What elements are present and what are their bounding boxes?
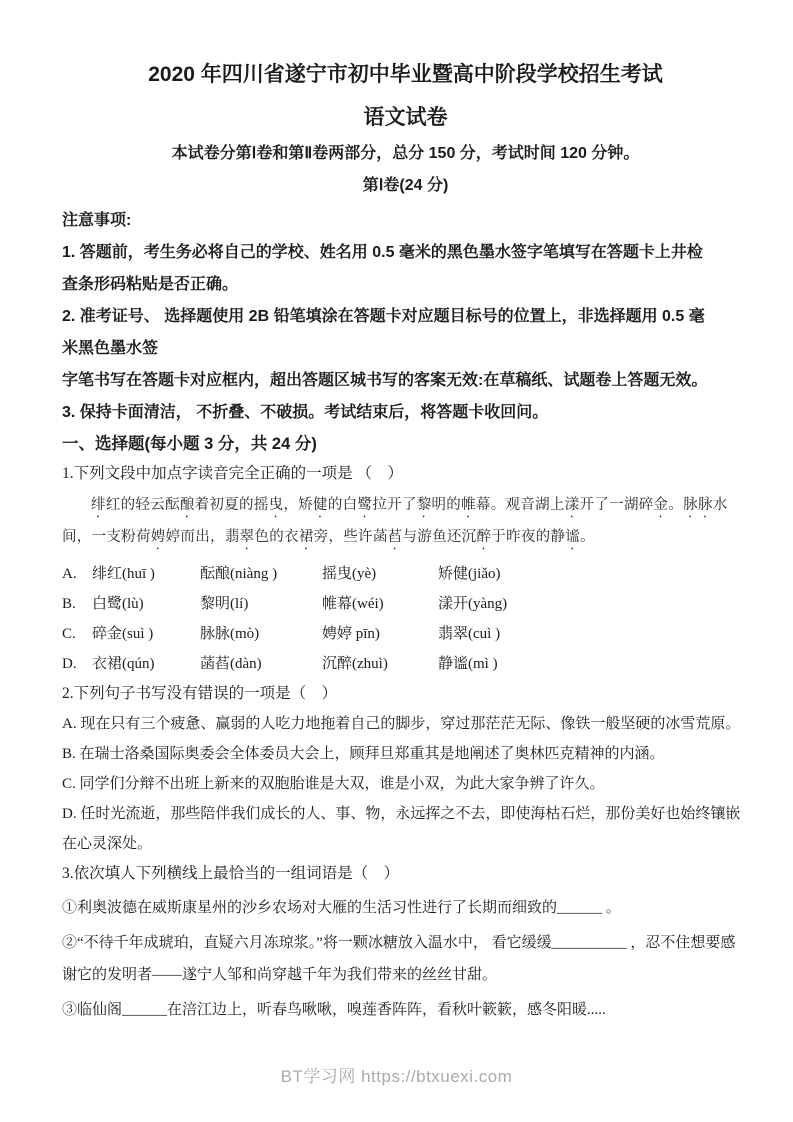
option-item: 矫健(jiǎo) xyxy=(438,559,500,589)
option-text: 任时光流逝，那些陪伴我们成长的人、事、物，永远挥之不去，即使海枯石烂，那份美好也… xyxy=(62,806,740,852)
option-item: 绯红(huī ) xyxy=(92,559,200,589)
item-number: ② xyxy=(62,935,77,951)
option-item: 帷幕(wéi) xyxy=(322,589,438,619)
q3-item-2: ②“不待千年成琥珀，直疑六月冻琼浆。”将一颗冰糖放入温水中， 看它缓缓_____… xyxy=(62,927,749,991)
item-number: ① xyxy=(62,900,77,916)
option-label: A. xyxy=(62,559,92,589)
q1-option-d: D. 衣裙(qún) 菡萏(dàn) 沉醉(zhuì) 静谧(mì ) xyxy=(62,649,749,679)
q2-option-a: A. 现在只有三个疲惫、赢弱的人吃力地拖着自己的脚步，穿过那茫茫无际、像铁一般坚… xyxy=(62,709,749,739)
notice-line: 查条形码粘贴是否正确。 xyxy=(62,269,749,301)
option-label: A. xyxy=(62,716,77,732)
option-item: 漾开(yàng) xyxy=(438,589,507,619)
option-item: 娉婷 pīn) xyxy=(322,619,438,649)
q2-option-c: C. 同学们分辩不出班上新来的双胞胎谁是大双，谁是小双，为此大家争辨了许久。 xyxy=(62,769,749,799)
option-label: B. xyxy=(62,589,92,619)
q1-prompt: 1.下列文段中加点字读音完全正确的一项是 （ ） xyxy=(62,459,749,489)
exam-info: 本试卷分第Ⅰ卷和第Ⅱ卷两部分，总分 150 分，考试时间 120 分钟。 xyxy=(62,140,749,163)
option-item: 衣裙(qún) xyxy=(92,649,200,679)
option-label: D. xyxy=(62,649,92,679)
q1-option-c: C. 碎金(suì ) 脉脉(mò) 娉婷 pīn) 翡翠(cuì ) xyxy=(62,619,749,649)
notice-line: 米黑色墨水签 xyxy=(62,333,749,365)
item-number: ③ xyxy=(62,1002,77,1018)
option-item: 酝酿(niàng ) xyxy=(200,559,322,589)
notice-line: 3. 保持卡面清洁， 不折叠、不破损。考试结束后，将答题卡收回问。 xyxy=(62,397,749,429)
option-text: 现在只有三个疲惫、赢弱的人吃力地拖着自己的脚步，穿过那茫茫无际、像铁一般坚硬的冰… xyxy=(80,716,740,732)
option-text: 在瑞士洛桑国际奥委会全体委员大会上，顾拜旦郑重其是地阐述了奥林匹克精神的内涵。 xyxy=(80,746,665,762)
option-item: 摇曳(yè) xyxy=(322,559,438,589)
q1-option-b: B. 白鹭(lù) 黎明(lí) 帷幕(wéi) 漾开(yàng) xyxy=(62,589,749,619)
section-header: 第Ⅰ卷(24 分) xyxy=(62,172,749,195)
page-subtitle: 语文试卷 xyxy=(62,101,749,131)
q2-option-b: B. 在瑞士洛桑国际奥委会全体委员大会上，顾拜旦郑重其是地阐述了奥林匹克精神的内… xyxy=(62,739,749,769)
q3-prompt: 3.依次填人下列横线上最恰当的一组词语是（ ） xyxy=(62,859,749,889)
option-label: C. xyxy=(62,619,92,649)
question-2: 2.下列句子书写没有错误的一项是（ ） A. 现在只有三个疲惫、赢弱的人吃力地拖… xyxy=(62,679,749,859)
option-item: 菡萏(dàn) xyxy=(200,649,322,679)
q3-item-3: ③临仙阁______在涪江边上，听春鸟啾啾，嗅莲香阵阵，看秋叶簌簌，感冬阳暖..… xyxy=(62,994,749,1026)
item-text: 临仙阁______在涪江边上，听春鸟啾啾，嗅莲香阵阵，看秋叶簌簌，感冬阳暖...… xyxy=(77,1002,606,1018)
option-label: D. xyxy=(62,806,77,822)
q1-options: A. 绯红(huī ) 酝酿(niàng ) 摇曳(yè) 矫健(jiǎo) B… xyxy=(62,559,749,679)
notice-line: 字笔书写在答题卡对应框内，超出答题区城书写的客案无效:在草稿纸、试题卷上答题无效… xyxy=(62,365,749,397)
option-text: 同学们分辩不出班上新来的双胞胎谁是大双，谁是小双，为此大家争辨了许久。 xyxy=(80,776,605,792)
q2-option-d: D. 任时光流逝，那些陪伴我们成长的人、事、物，永远挥之不去，即使海枯石烂，那份… xyxy=(62,799,749,859)
option-item: 沉醉(zhuì) xyxy=(322,649,438,679)
notices-heading: 注意事项: xyxy=(62,205,749,237)
q2-prompt: 2.下列句子书写没有错误的一项是（ ） xyxy=(62,679,749,709)
section-one-heading: 一、选择题(每小题 3 分，共 24 分) xyxy=(62,429,749,459)
q1-option-a: A. 绯红(huī ) 酝酿(niàng ) 摇曳(yè) 矫健(jiǎo) xyxy=(62,559,749,589)
question-1: 1.下列文段中加点字读音完全正确的一项是 （ ） 绯红的轻云酝酿着初夏的摇曳，矫… xyxy=(62,459,749,679)
item-text: 利奥波德在威斯康星州的沙乡农场对大雁的生活习性进行了长期而细致的______ 。 xyxy=(77,900,621,916)
item-text: “不待千年成琥珀，直疑六月冻琼浆。”将一颗冰糖放入温水中， 看它缓缓______… xyxy=(62,935,735,983)
option-item: 白鹭(lù) xyxy=(92,589,200,619)
page-title: 2020 年四川省遂宁市初中毕业暨高中阶段学校招生考试 xyxy=(62,58,749,88)
option-label: B. xyxy=(62,746,76,762)
option-label: C. xyxy=(62,776,76,792)
document-page: 2020 年四川省遂宁市初中毕业暨高中阶段学校招生考试 语文试卷 本试卷分第Ⅰ卷… xyxy=(0,0,793,1122)
option-item: 黎明(lí) xyxy=(200,589,322,619)
option-item: 翡翠(cuì ) xyxy=(438,619,500,649)
option-item: 静谧(mì ) xyxy=(438,649,498,679)
q1-passage: 绯红的轻云酝酿着初夏的摇曳，矫健的白鹭拉开了黎明的帷幕。观音湖上漾开了一湖碎金。… xyxy=(62,489,749,553)
watermark: BT学习网 https://btxuexi.com xyxy=(0,1062,793,1087)
option-item: 脉脉(mò) xyxy=(200,619,322,649)
notice-line: 2. 准考证号、 选择题使用 2B 铅笔填涂在答题卡对应题目标号的位置上，非选择… xyxy=(62,301,749,333)
question-3: 3.依次填人下列横线上最恰当的一组词语是（ ） ①利奥波德在威斯康星州的沙乡农场… xyxy=(62,859,749,1026)
notices: 注意事项: 1. 答题前，考生务必将自己的学校、姓名用 0.5 毫米的黑色墨水签… xyxy=(62,205,749,429)
q3-item-1: ①利奥波德在威斯康星州的沙乡农场对大雁的生活习性进行了长期而细致的______ … xyxy=(62,892,749,924)
option-item: 碎金(suì ) xyxy=(92,619,200,649)
notice-line: 1. 答题前，考生务必将自己的学校、姓名用 0.5 毫米的黑色墨水签字笔填写在答… xyxy=(62,237,749,269)
